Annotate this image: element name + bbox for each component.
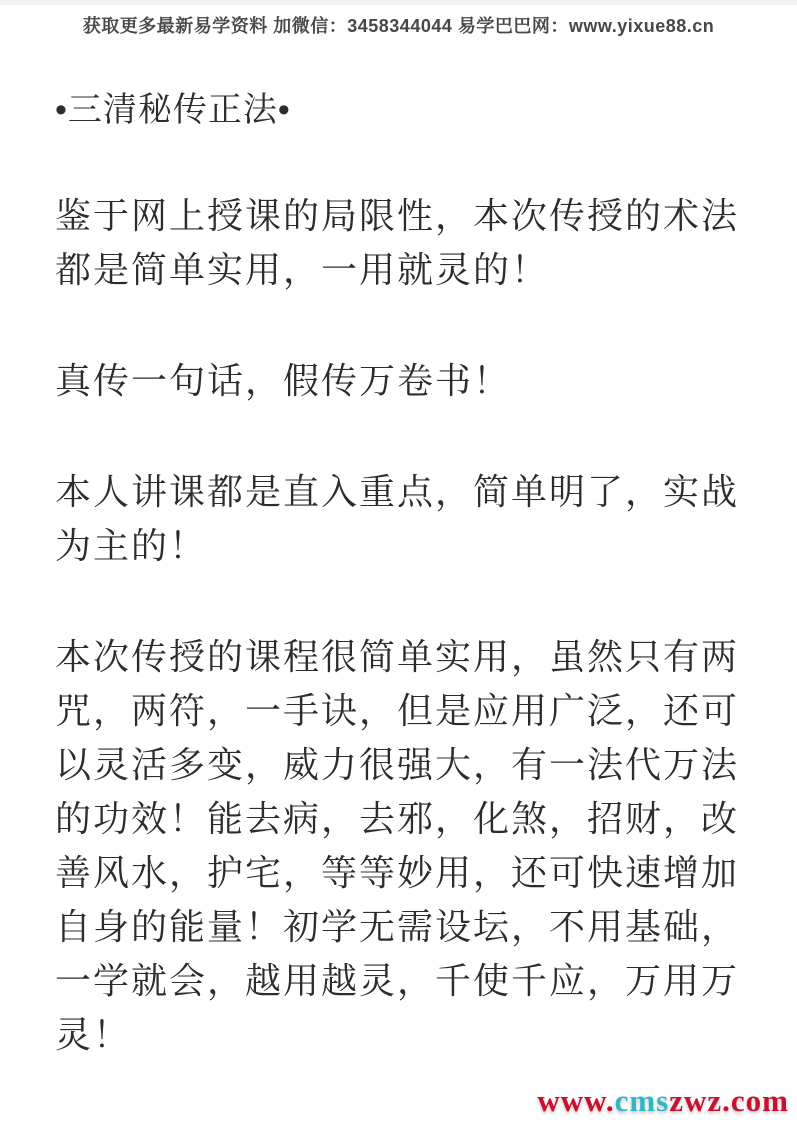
page-title: •三清秘传正法• (55, 88, 745, 132)
paragraph-2: 真传一句话，假传万卷书！ (55, 354, 745, 408)
paragraph-4: 本次传授的课程很简单实用，虽然只有两咒，两符，一手诀，但是应用广泛，还可以灵活多… (55, 630, 745, 1062)
watermark-segment-2: zwz.com (669, 1083, 789, 1118)
paragraph-3: 本人讲课都是直入重点，简单明了，实战为主的！ (55, 465, 745, 573)
watermark-segment-1: cms (615, 1083, 670, 1118)
site-watermark: www.cmszwz.com (537, 1085, 789, 1116)
article: •三清秘传正法• 鉴于网上授课的局限性，本次传授的术法都是简单实用，一用就灵的！… (55, 88, 745, 1062)
paragraph-1: 鉴于网上授课的局限性，本次传授的术法都是简单实用，一用就灵的！ (55, 189, 745, 297)
header-notice: 获取更多最新易学资料 加微信：3458344044 易学巴巴网：www.yixu… (0, 12, 797, 40)
document-page: { "page": { "background": "#ffffff", "to… (0, 0, 797, 1124)
watermark-segment-0: www. (537, 1083, 614, 1118)
top-strip (0, 0, 797, 5)
